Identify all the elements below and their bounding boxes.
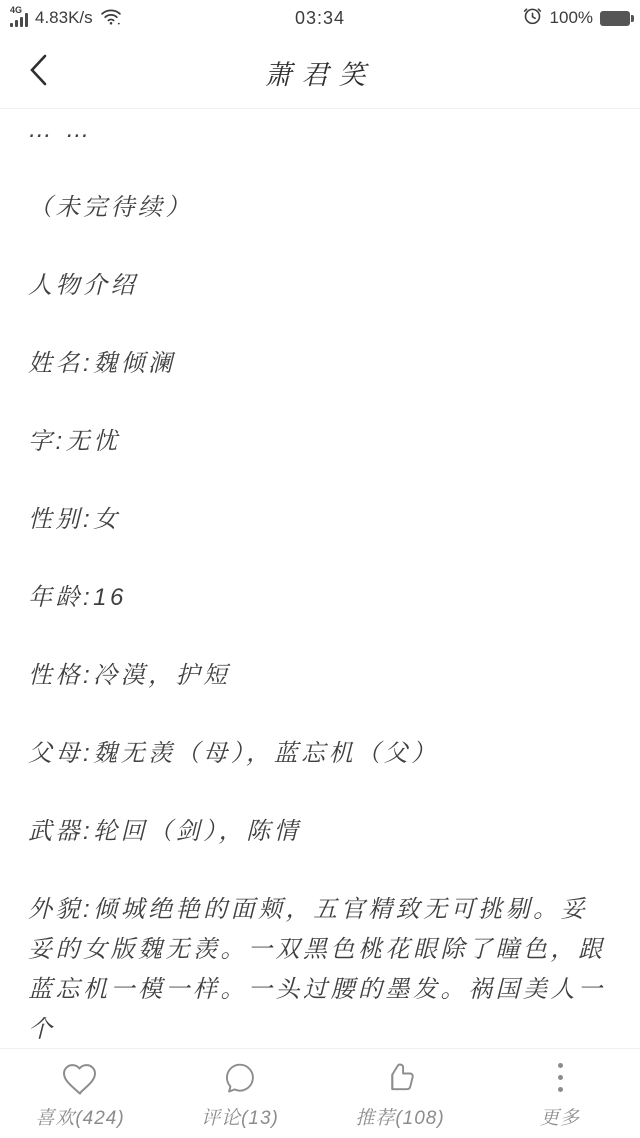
heart-icon xyxy=(60,1058,100,1098)
comment-icon xyxy=(220,1058,260,1098)
status-time: 03:34 xyxy=(295,8,345,29)
battery-icon xyxy=(600,11,630,26)
like-label: 喜欢(424) xyxy=(35,1103,124,1130)
more-vertical-icon xyxy=(540,1058,580,1098)
thumbs-up-icon xyxy=(380,1058,420,1098)
story-paragraph: 外貌:倾城绝艳的面颊，五官精致无可挑剔。妥妥的女版魏无羡。一双黑色桃花眼除了瞳色… xyxy=(28,890,612,1048)
alarm-clock-icon xyxy=(522,5,543,31)
story-paragraph: 性别:女 xyxy=(28,500,612,540)
signal-strength-icon: 4G xyxy=(10,9,28,27)
comment-label: 评论(13) xyxy=(201,1103,279,1130)
chevron-left-icon xyxy=(25,52,51,93)
story-paragraph: 性格:冷漠，护短 xyxy=(28,656,612,696)
wifi-icon xyxy=(100,6,122,31)
story-paragraph: 武器:轮回（剑），陈情 xyxy=(28,812,612,852)
back-button[interactable] xyxy=(14,48,62,96)
story-paragraph: 人物介绍 xyxy=(28,266,612,306)
story-paragraph: 年龄:16 xyxy=(28,578,612,618)
comment-button[interactable]: 评论(13) xyxy=(160,1049,320,1138)
story-paragraph: … … xyxy=(28,110,612,150)
page-title: 萧君笑 xyxy=(0,36,640,109)
nav-bar: 萧君笑 xyxy=(0,36,640,109)
more-button[interactable]: 更多 xyxy=(480,1049,640,1138)
network-type-label: 4G xyxy=(10,5,22,15)
story-content: … … （未完待续） 人物介绍 姓名:魏倾澜 字:无忧 性别:女 年龄:16 性… xyxy=(0,110,640,1048)
bottom-action-bar: 喜欢(424) 评论(13) 推荐(108) 更多 xyxy=(0,1048,640,1138)
status-bar: 4G 4.83K/s 03:34 xyxy=(0,0,640,36)
recommend-label: 推荐(108) xyxy=(355,1103,444,1130)
story-paragraph: 字:无忧 xyxy=(28,422,612,462)
story-paragraph: 姓名:魏倾澜 xyxy=(28,344,612,384)
battery-percent: 100% xyxy=(550,8,593,28)
recommend-button[interactable]: 推荐(108) xyxy=(320,1049,480,1138)
story-paragraph: 父母:魏无羡（母），蓝忘机（父） xyxy=(28,734,612,774)
more-label: 更多 xyxy=(540,1103,580,1130)
story-paragraph: （未完待续） xyxy=(28,188,612,228)
network-speed: 4.83K/s xyxy=(35,8,93,28)
app-screen: 4G 4.83K/s 03:34 xyxy=(0,0,640,1138)
like-button[interactable]: 喜欢(424) xyxy=(0,1049,160,1138)
